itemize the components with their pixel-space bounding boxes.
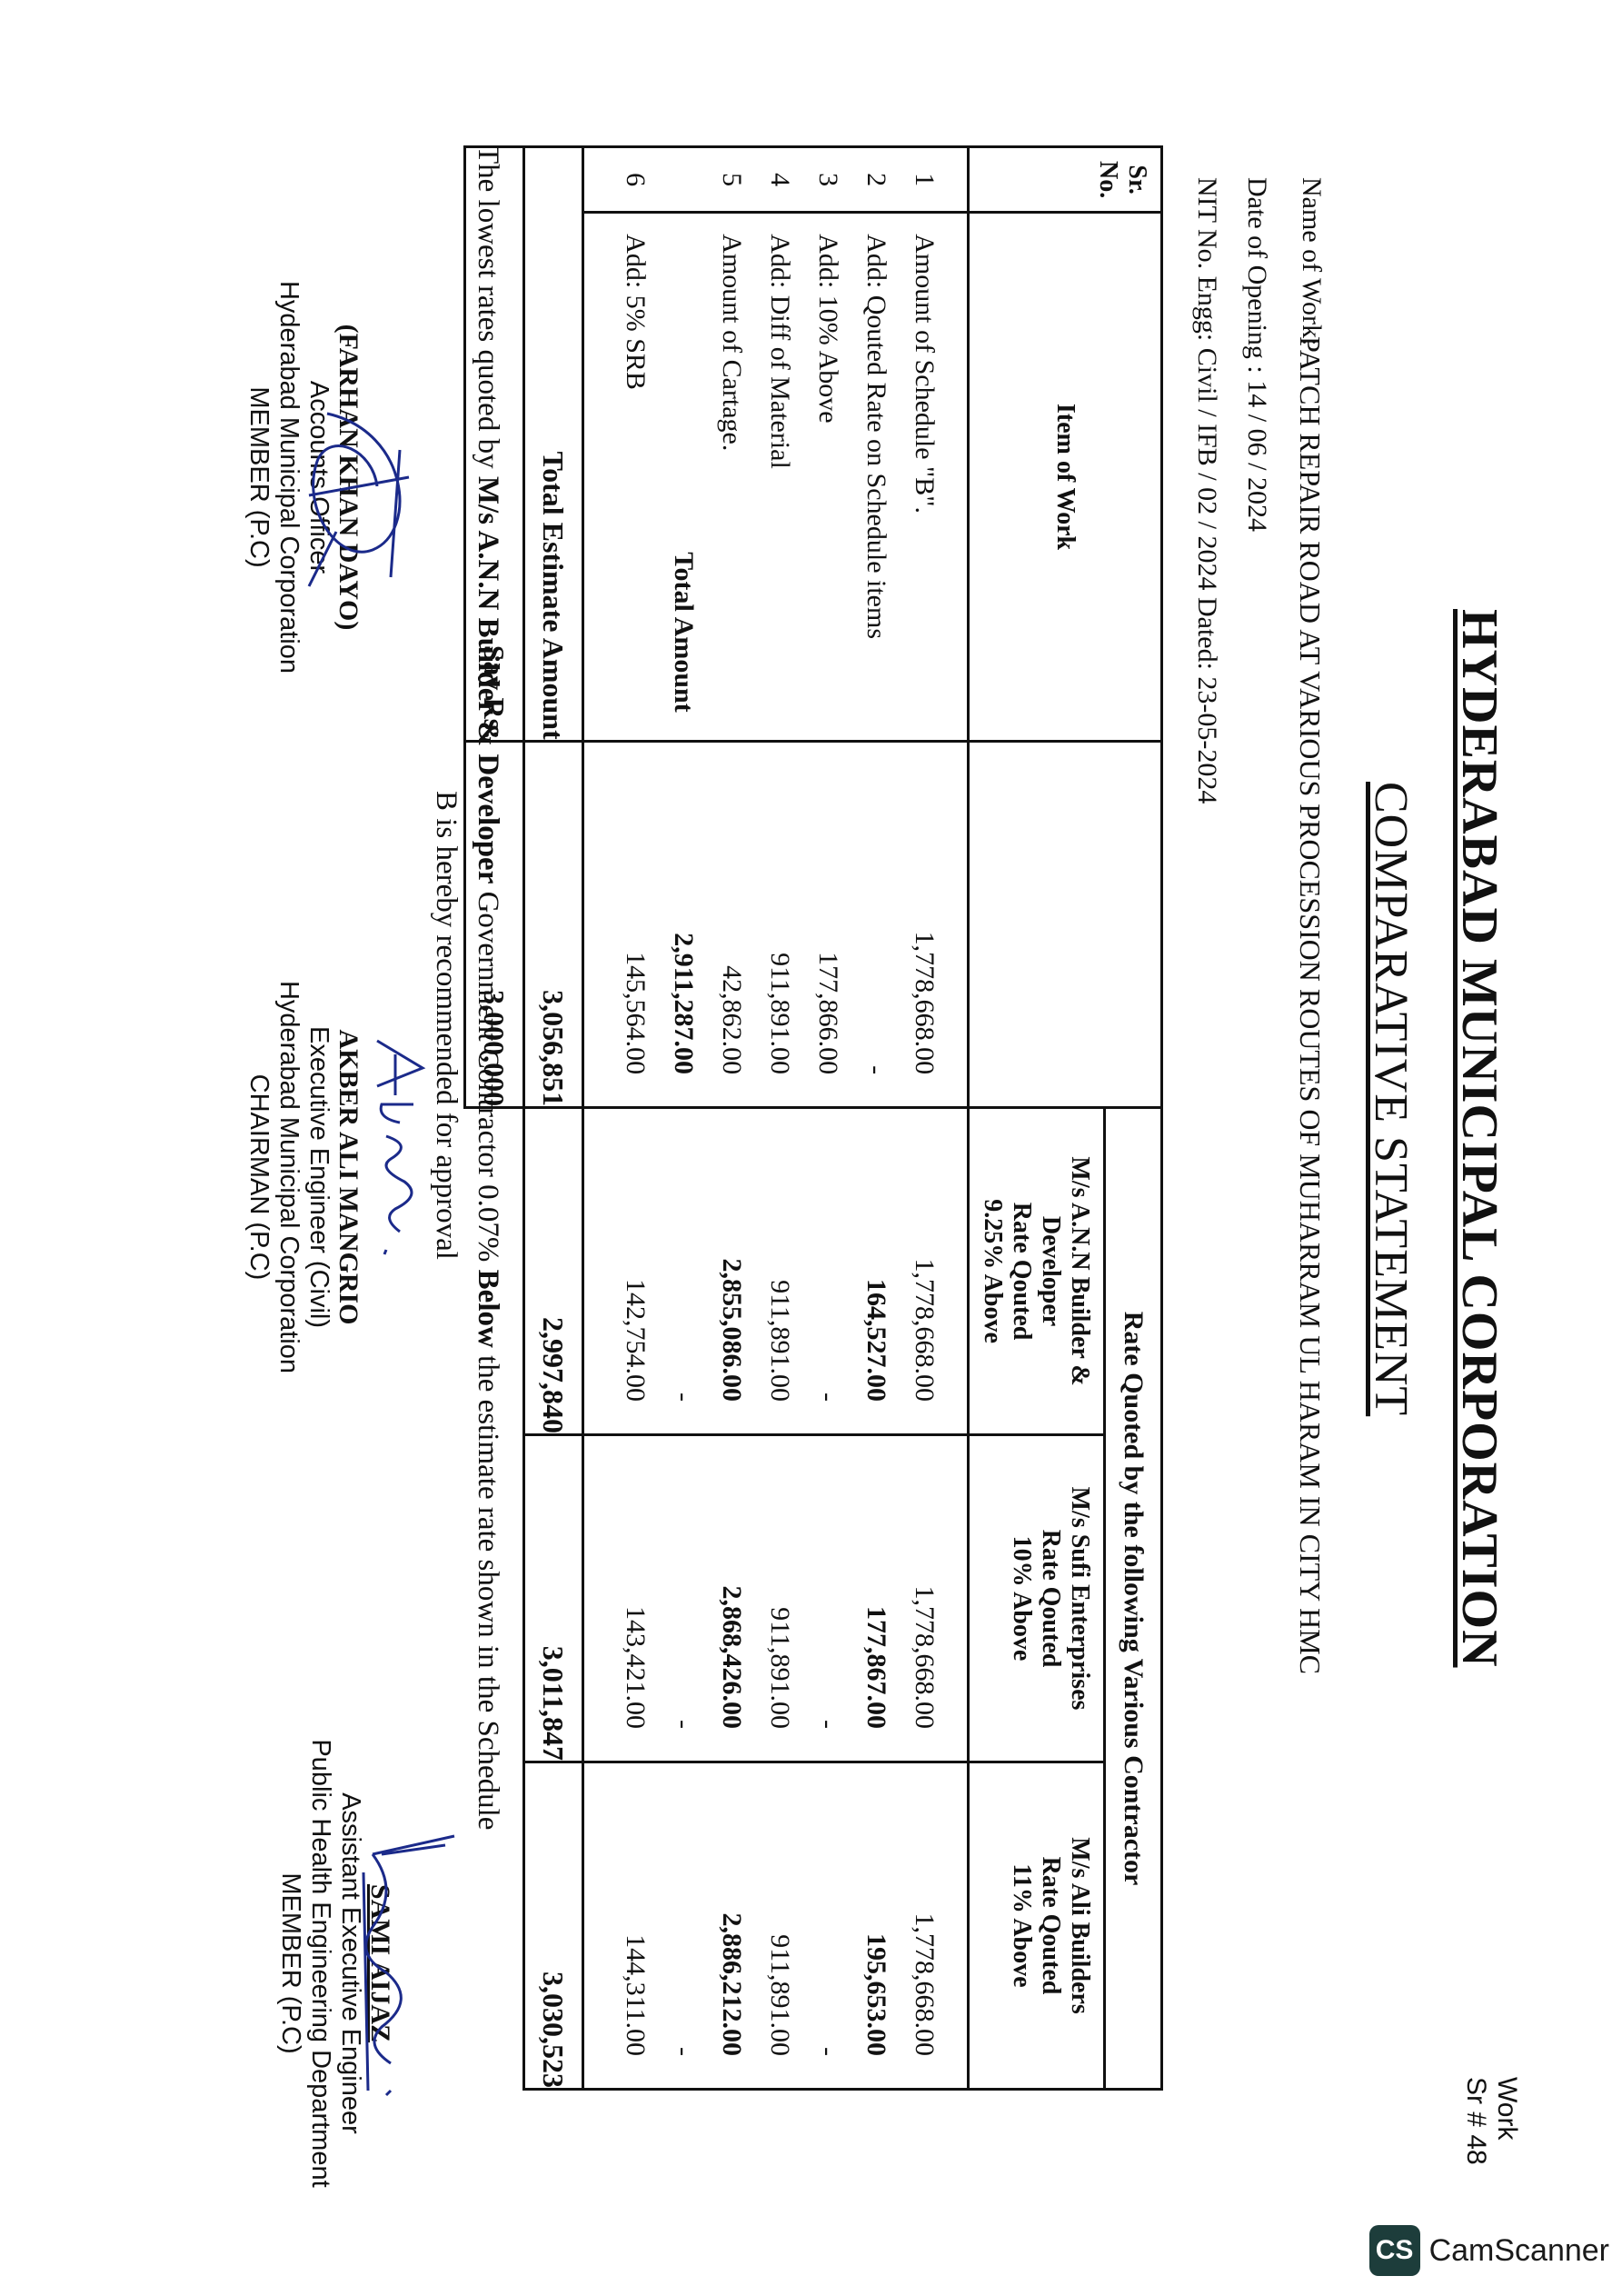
sr-column: 1 2 3 4 5 6 [583,147,969,213]
total-amount-label: Total Amount [660,214,708,739]
contractor-2-column: 1,778,668.00 177,867.00 - 911,891.00 2,8… [583,1435,969,1762]
signatory-assistant-executive-engineer: SAMI AIJAZ Assistant Executive Engineer … [275,1682,395,2245]
recommended-contractor: M/s A.N.N Builder & Developer [472,476,504,884]
header-contractor-3: M/s Ali Builders Rate Qouted 11% Above [969,1762,1105,2090]
header-estimate [969,741,1162,1107]
grand-total-estimate: 3,056,851 [524,741,583,1107]
camscanner-watermark: CS CamScanner [1369,2225,1609,2276]
grand-total-label: Total Estimate Amount [524,147,583,742]
nit-number: NIT No. Engg: Civil / IFB / 02 / 2024 Da… [1191,177,1222,804]
header-contractor-2: M/s Sufi Enterprises Rate Qouted 10% Abo… [969,1435,1105,1762]
signatory-executive-engineer: AKBER ALI MANGRIO Executive Engineer (Ci… [244,923,363,1432]
item-column: Amount of Schedule "B". Add: Qouted Rate… [583,213,969,741]
name-of-work-label: Name of Work: [1297,177,1327,345]
camscanner-text: CamScanner [1429,2233,1609,2269]
grand-total-contractor-2: 3,011,847 [524,1435,583,1762]
recommendation-text: The lowest rates quoted by M/s A.N.N Bui… [425,145,509,1830]
grand-total-contractor-1: 2,997,840 [524,1108,583,1435]
grand-total-contractor-3: 3,030,523 [524,1762,583,2090]
name-of-work-value: PATCH REPAIR ROAD AT VARIOUS PROCESSION … [1293,336,1327,1674]
signature-scribble-icon [368,1032,432,1286]
header-sr-no: Sr. No. [969,147,1162,213]
table-body: 1 2 3 4 5 6 Amount of Schedule "B". Add:… [583,147,969,2090]
grand-total-row: Total Estimate Amount 3,056,851 2,997,84… [524,147,583,2090]
comparative-statement-page: Work Sr # 48 HYDERABAD MUNICIPAL CORPORA… [0,0,1622,2296]
signature-scribble-icon [291,395,427,595]
contractor-1-column: 1,778,668.00 164,527.00 - 911,891.00 2,8… [583,1108,969,1435]
document-title: COMPARATIVE STATEMENT [1364,782,1418,1416]
contractor-3-column: 1,778,668.00 195,653.00 - 911,891.00 2,8… [583,1762,969,2090]
name-of-work: Name of Work: PATCH REPAIR ROAD AT VARIO… [1296,177,1327,345]
serial-number: Sr # 48 [1460,2077,1491,2165]
signatory-accounts-officer: (FARHAN KHAN DAYO) Accounts Officer Hyde… [244,223,363,732]
signature-scribble-icon [354,1818,473,2118]
organization-title: HYDERABAD MUNICIPAL CORPORATION [1450,609,1508,1668]
date-of-opening: Date of Opening : 14 / 06 / 2024 [1241,177,1272,532]
camscanner-logo-icon: CS [1369,2225,1420,2276]
comparative-table: Sr. No. Item of Work Rate Quoted by the … [463,145,1163,2091]
estimate-column: 1,778,668.00 - 177,866.00 911,891.00 42,… [583,741,969,1107]
header-contractor-group: Rate Quoted by the following Various Con… [1105,1108,1162,2090]
work-label: Work [1491,2077,1522,2165]
header-contractor-1: M/s A.N.N Builder & Developer Rate Qoute… [969,1108,1105,1435]
header-item-of-work: Item of Work [969,213,1162,741]
work-reference: Work Sr # 48 [1460,2077,1522,2165]
